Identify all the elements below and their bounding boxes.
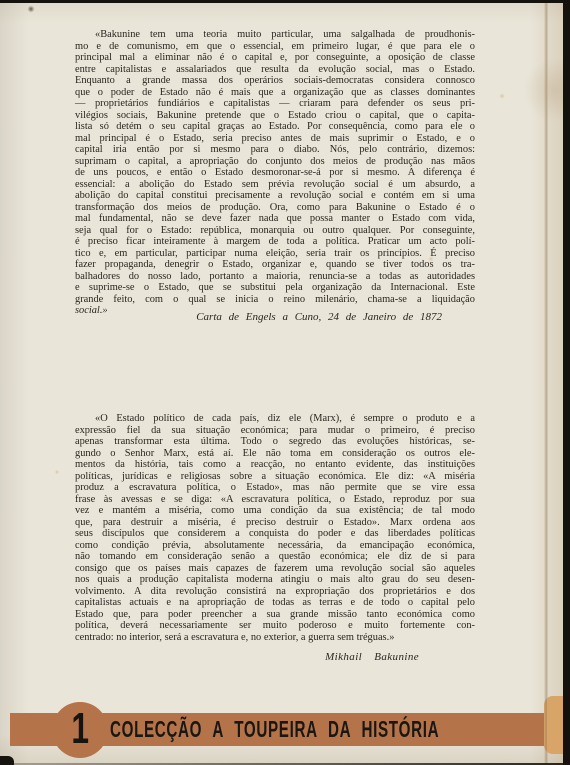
quote-line: capital iria então por si mesmo para o d… <box>75 144 475 156</box>
quote-line: volvimento. A dita revolução consistirá … <box>75 586 475 598</box>
quote-line: essencial: a abolição do Estado sem prév… <box>75 179 475 191</box>
quote-line: consigo que os países mais capazes de fa… <box>75 563 475 575</box>
quote-line: apenas transformar esta última. Todo o s… <box>75 436 475 448</box>
quote-line: não tomando em consideração senão a ques… <box>75 551 475 563</box>
book-back-cover: «Bakunine tem uma teoria muito particula… <box>0 0 570 765</box>
quote-line: capitalistas actuais e na apropriação de… <box>75 597 475 609</box>
quote-line: mal fundamental, não se deve fazer nada … <box>75 213 475 225</box>
quote-line: seja qual for o Estado: república, monar… <box>75 225 475 237</box>
quote-line: vilégios sociais, Bakunine pretende que … <box>75 110 475 122</box>
quote-line: e suprime-se o Estado, que se substitui … <box>75 282 475 294</box>
quote-line: centrado: no interior, será a escravatur… <box>75 632 475 644</box>
quote-line: tico e, em particular, participar numa e… <box>75 248 475 260</box>
quote-line: transformação dos meios de produção. Ora… <box>75 202 475 214</box>
quote-line: — proprietários fundiários e capitalista… <box>75 98 475 110</box>
scan-edge-top <box>0 0 570 3</box>
quote-line: «Bakunine tem uma teoria muito particula… <box>75 29 475 41</box>
collection-title: COLECÇÃO A TOUPEIRA DA HISTÓRIA <box>110 713 439 746</box>
quote-line: balhadores do nosso lado, portanto a mai… <box>75 271 475 283</box>
quote-line: grande feito, com o qual se inicia o rei… <box>75 294 475 306</box>
series-number-badge: 1 <box>52 702 108 758</box>
quote-line: mo e de comunismo, em que o essencial, e… <box>75 41 475 53</box>
quote-line: gundo o Senhor Marx, está aí. Ele não to… <box>75 448 475 460</box>
bakunine-quote: «O Estado político de cada país, diz ele… <box>75 413 475 643</box>
quote-line: seus discípulos que considerem a conquis… <box>75 528 475 540</box>
quote-line: que o poder de Estado não é mais que a o… <box>75 87 475 99</box>
bakunine-quote-attribution: Mikhail Bakunine <box>75 651 475 663</box>
quote-line: Estado que, para poder preencher a sua g… <box>75 609 475 621</box>
quote-line: expressão fiel da sua situação económica… <box>75 425 475 437</box>
quote-line: como condição prévia, absolutamente nece… <box>75 540 475 552</box>
scan-corner-bottom-left <box>0 756 14 765</box>
quote-line: mentos da história, tais como a reacção,… <box>75 459 475 471</box>
quote-line: suprimam o capital, a apropriação do con… <box>75 156 475 168</box>
quote-line: «O Estado político de cada país, diz ele… <box>75 413 475 425</box>
quote-line: lista só detém o seu capital graças ao E… <box>75 121 475 133</box>
quote-line: de uns poucos, e então o Estado desmoron… <box>75 167 475 179</box>
quote-line: produz a escravatura política, o Estado»… <box>75 482 475 494</box>
quote-line: frase às avessas e se diga: «A escravatu… <box>75 494 475 506</box>
quote-line: Enquanto a grande massa dos operários so… <box>75 75 475 87</box>
quote-line: nos quais a produção capitalista moderna… <box>75 574 475 586</box>
quote-line: é preciso ficar inteiramente à margem de… <box>75 236 475 248</box>
quote-line: fazer propaganda, denegrir o Estado, org… <box>75 259 475 271</box>
quote-line: principal mal a eliminar não é o capital… <box>75 52 475 64</box>
quote-line: mal principal é o Estado, seria preciso … <box>75 133 475 145</box>
cover-crease <box>544 0 548 765</box>
engels-quote: «Bakunine tem uma teoria muito particula… <box>75 29 475 317</box>
quote-line: políticas, jurídicas e religiosas sobre … <box>75 471 475 483</box>
quote-line: que, para destruir a miséria, é preciso … <box>75 517 475 529</box>
engels-quote-attribution: Carta de Engels a Cuno, 24 de Janeiro de… <box>75 311 475 323</box>
scan-edge-right <box>563 0 570 765</box>
quote-line: vez e mantém a miséria, como uma condiçã… <box>75 505 475 517</box>
quote-line: abolição do capital constitui precisamen… <box>75 190 475 202</box>
quote-line: política, deverá necessariamente ser mui… <box>75 620 475 632</box>
quote-line: entre capitalistas e assalariados que re… <box>75 64 475 76</box>
series-number: 1 <box>71 707 89 754</box>
